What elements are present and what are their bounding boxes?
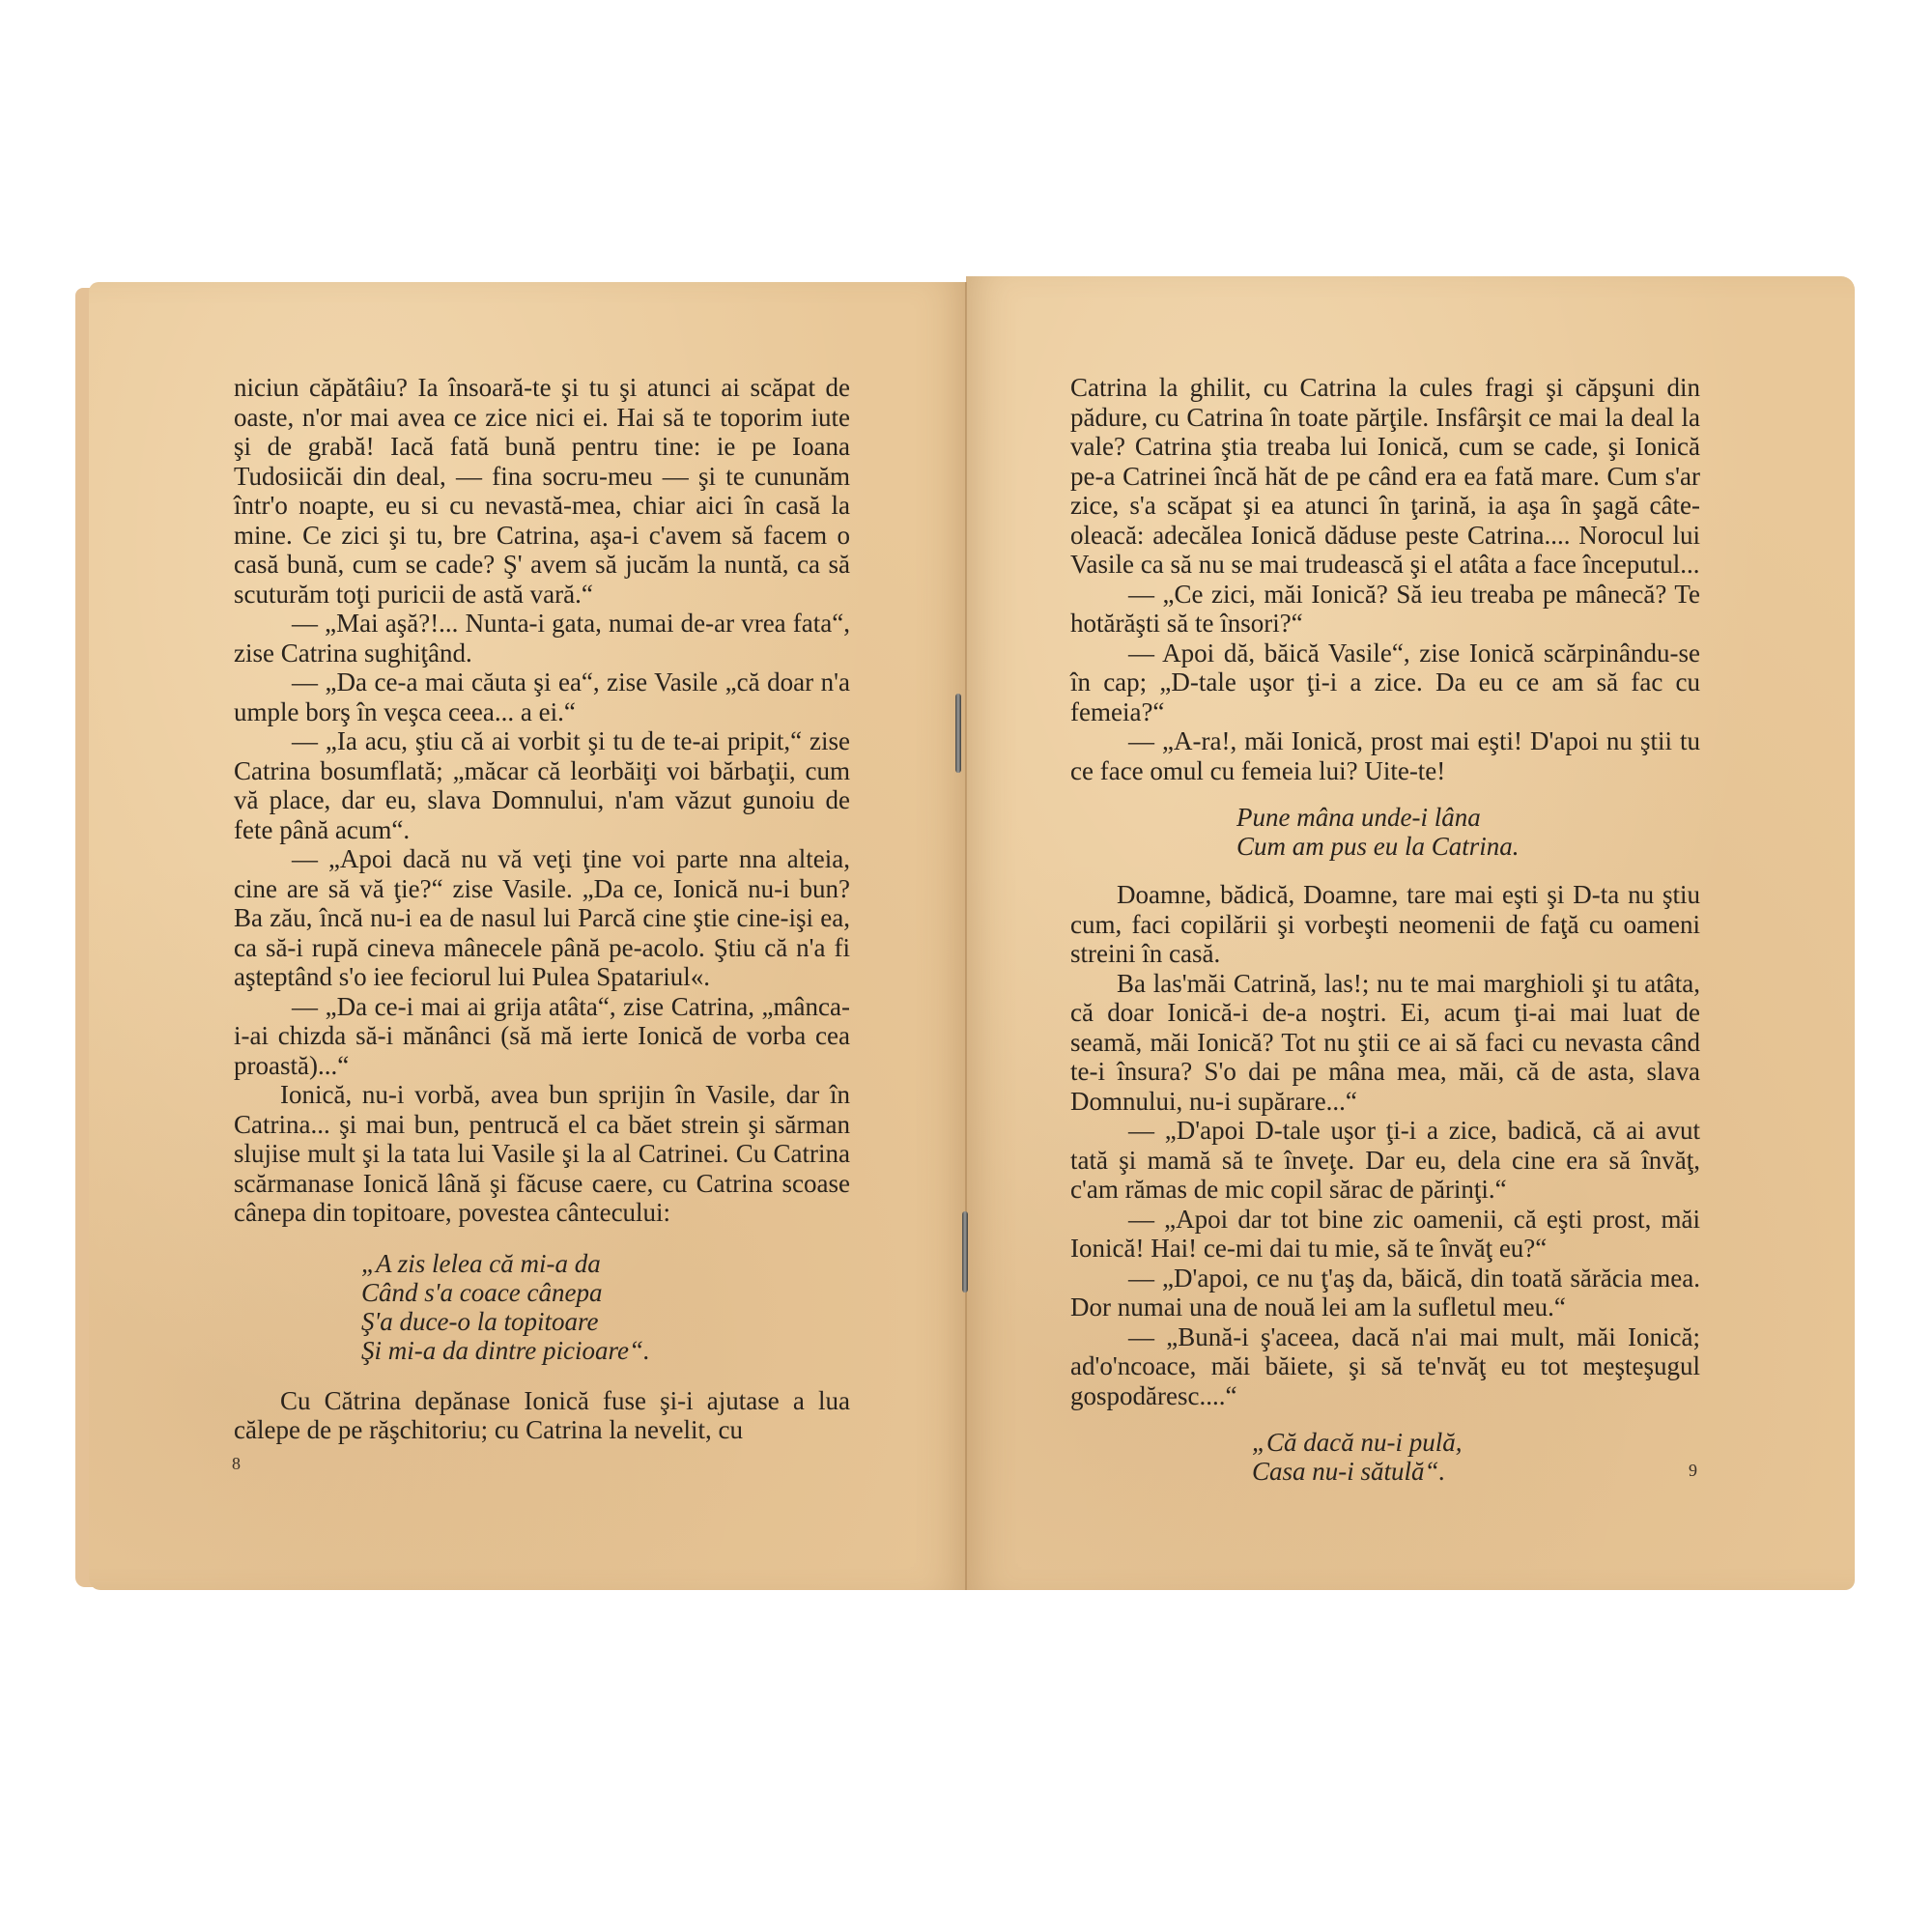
staple-bottom-icon xyxy=(962,1211,968,1293)
open-booklet: niciun căpătâiu? Ia însoară-te şi tu şi … xyxy=(0,0,1932,1932)
paragraph: — „Apoi dacă nu vă veţi ţine voi parte n… xyxy=(234,844,850,992)
paragraph: — „Bună-i ş'aceea, dacă n'ai mai mult, m… xyxy=(1070,1322,1700,1411)
paragraph: Ionică, nu-i vorbă, avea bun sprijin în … xyxy=(234,1080,850,1228)
paragraph: — Apoi dă, băică Vasile“, zise Ionică sc… xyxy=(1070,639,1700,727)
verse-line: Casa nu-i sătulă“. xyxy=(1252,1457,1700,1486)
verse-line: Cum am pus eu la Catrina. xyxy=(1236,832,1700,861)
verse: „A zis lelea că mi-a da Când s'a coace c… xyxy=(234,1249,850,1365)
staple-top-icon xyxy=(955,694,961,773)
paragraph: — „A-ra!, măi Ionică, prost mai eşti! D'… xyxy=(1070,726,1700,785)
right-page-text: Catrina la ghilit, cu Catrina la cules f… xyxy=(1070,373,1700,1486)
verse-line: Pune mâna unde-i lâna xyxy=(1236,803,1700,832)
paragraph: — „Mai aşă?!... Nunta-i gata, numai de-a… xyxy=(234,609,850,668)
paragraph: Doamne, bădică, Doamne, tare mai eşti şi… xyxy=(1070,880,1700,969)
verse-line: Când s'a coace cânepa xyxy=(361,1278,850,1307)
verse-line: Ş'a duce-o la topitoare xyxy=(361,1307,850,1336)
verse-line: „Că dacă nu-i pulă, xyxy=(1252,1428,1700,1457)
verse-line: „A zis lelea că mi-a da xyxy=(361,1249,850,1278)
verse-line: Şi mi-a da dintre picioare“. xyxy=(361,1336,850,1365)
paragraph: niciun căpătâiu? Ia însoară-te şi tu şi … xyxy=(234,373,850,609)
spine-fold xyxy=(965,282,967,1590)
paragraph: — „D'apoi, ce nu ţ'aş da, băică, din toa… xyxy=(1070,1264,1700,1322)
page-number: 8 xyxy=(232,1454,241,1474)
paragraph: — „Apoi dar tot bine zic oamenii, că eşt… xyxy=(1070,1205,1700,1264)
paragraph: — „Ce zici, măi Ionică? Să ieu treaba pe… xyxy=(1070,580,1700,639)
left-page-text: niciun căpătâiu? Ia însoară-te şi tu şi … xyxy=(234,373,850,1445)
paragraph: — „D'apoi D-tale uşor ţi-i a zice, badic… xyxy=(1070,1116,1700,1205)
paragraph: Catrina la ghilit, cu Catrina la cules f… xyxy=(1070,373,1700,580)
page-number: 9 xyxy=(1689,1461,1697,1481)
paragraph: — „Da ce-a mai căuta şi ea“, zise Vasile… xyxy=(234,668,850,726)
paragraph: — „Ia acu, ştiu că ai vorbit şi tu de te… xyxy=(234,726,850,844)
paragraph: — „Da ce-i mai ai grija atâta“, zise Cat… xyxy=(234,992,850,1081)
verse: Pune mâna unde-i lâna Cum am pus eu la C… xyxy=(1070,803,1700,861)
paragraph: Cu Cătrina depănase Ionică fuse şi-i aju… xyxy=(234,1386,850,1445)
paragraph: Ba las'măi Catrină, las!; nu te mai marg… xyxy=(1070,969,1700,1117)
verse: „Că dacă nu-i pulă, Casa nu-i sătulă“. xyxy=(1070,1428,1700,1486)
